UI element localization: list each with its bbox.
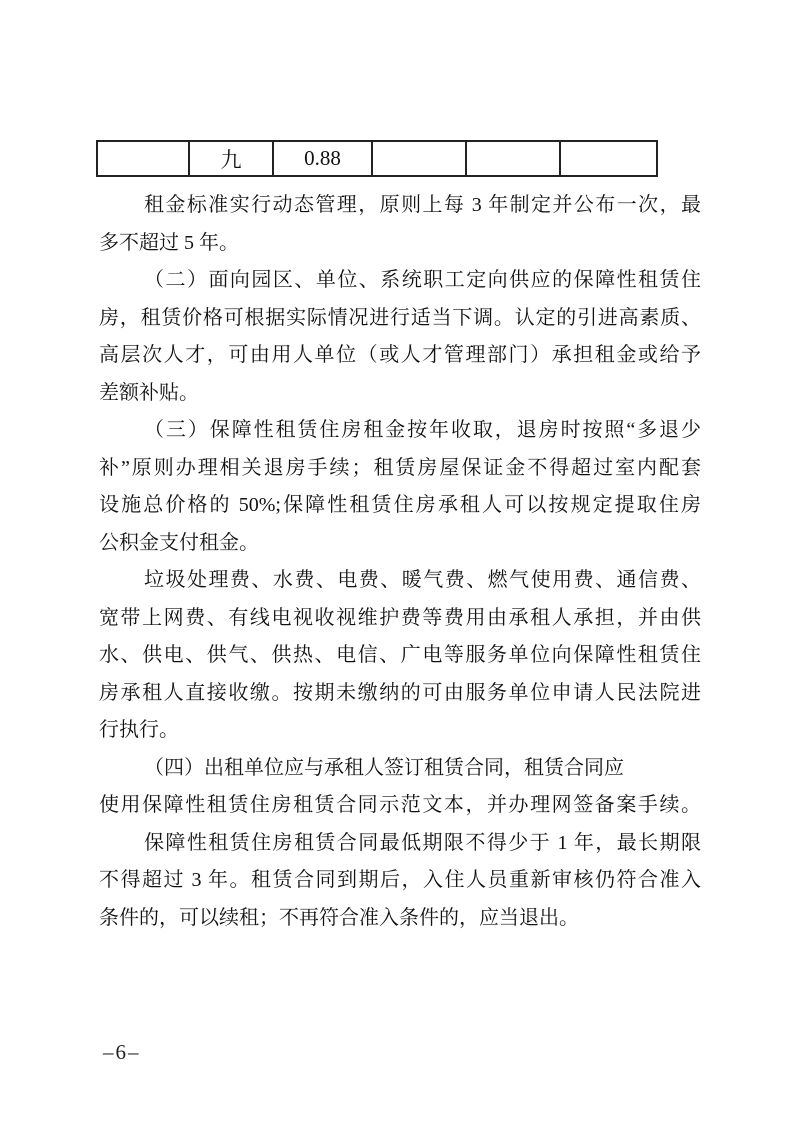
text-line: 宽带上网费、有线电视收视维护费等费用由承租人承担，并由供 <box>99 600 701 638</box>
text-line: 不得超过 3 年。租赁合同到期后，入住人员重新审核仍符合准入 <box>99 862 701 900</box>
paragraph: 租金标准实行动态管理，原则上每 3 年制定并公布一次，最多不超过 5 年。 <box>99 187 701 262</box>
table-cell: 0.88 <box>273 141 372 176</box>
text-line: 垃圾处理费、水费、电费、暖气费、燃气使用费、通信费、 <box>99 562 701 600</box>
text-line: （二）面向园区、单位、系统职工定向供应的保障性租赁住 <box>99 262 701 300</box>
table-cell <box>560 141 657 176</box>
text-line: 房，租赁价格可根据实际情况进行适当下调。认定的引进高素质、 <box>99 300 701 338</box>
text-line: （三）保障性租赁住房租金按年收取，退房时按照“多退少 <box>99 412 701 450</box>
text-line: 高层次人才，可由用人单位（或人才管理部门）承担租金或给予 <box>99 337 701 375</box>
table-cell: 九 <box>189 141 273 176</box>
text-line: 公积金支付租金。 <box>99 525 701 563</box>
text-line: 设施总价格的 50%;保障性租赁住房承租人可以按规定提取住房 <box>99 487 701 525</box>
table-row: 九0.88 <box>97 141 657 176</box>
document-page: 九0.88 租金标准实行动态管理，原则上每 3 年制定并公布一次，最多不超过 5… <box>0 0 793 1122</box>
paragraph: （三）保障性租赁住房租金按年收取，退房时按照“多退少补”原则办理相关退房手续；租… <box>99 412 701 562</box>
table-cell <box>466 141 560 176</box>
text-line: 多不超过 5 年。 <box>99 225 701 263</box>
paragraph: 保障性租赁住房租赁合同最低期限不得少于 1 年，最长期限不得超过 3 年。租赁合… <box>99 825 701 938</box>
paragraph: 垃圾处理费、水费、电费、暖气费、燃气使用费、通信费、宽带上网费、有线电视收视维护… <box>99 562 701 750</box>
text-line: 补”原则办理相关退房手续；租赁房屋保证金不得超过室内配套 <box>99 450 701 488</box>
table-cell <box>372 141 466 176</box>
text-line: 条件的，可以续租；不再符合准入条件的，应当退出。 <box>99 900 701 938</box>
paragraph: （二）面向园区、单位、系统职工定向供应的保障性租赁住房，租赁价格可根据实际情况进… <box>99 262 701 412</box>
text-line: 租金标准实行动态管理，原则上每 3 年制定并公布一次，最 <box>99 187 701 225</box>
paragraph: （四）出租单位应与承租人签订租赁合同，租赁合同应使用保障性租赁住房租赁合同示范文… <box>99 750 701 825</box>
text-line: （四）出租单位应与承租人签订租赁合同，租赁合同应 <box>99 750 701 788</box>
rent-coefficient-table: 九0.88 <box>96 140 658 177</box>
page-number: –6– <box>103 1040 141 1065</box>
text-line: 房承租人直接收缴。按期未缴纳的可由服务单位申请人民法院进 <box>99 675 701 713</box>
table-cell <box>97 141 189 176</box>
text-line: 行执行。 <box>99 712 701 750</box>
text-line: 使用保障性租赁住房租赁合同示范文本，并办理网签备案手续。 <box>99 787 701 825</box>
text-line: 差额补贴。 <box>99 375 701 413</box>
text-line: 保障性租赁住房租赁合同最低期限不得少于 1 年，最长期限 <box>99 825 701 863</box>
document-body: 租金标准实行动态管理，原则上每 3 年制定并公布一次，最多不超过 5 年。（二）… <box>99 187 701 937</box>
text-line: 水、供电、供气、供热、电信、广电等服务单位向保障性租赁住 <box>99 637 701 675</box>
